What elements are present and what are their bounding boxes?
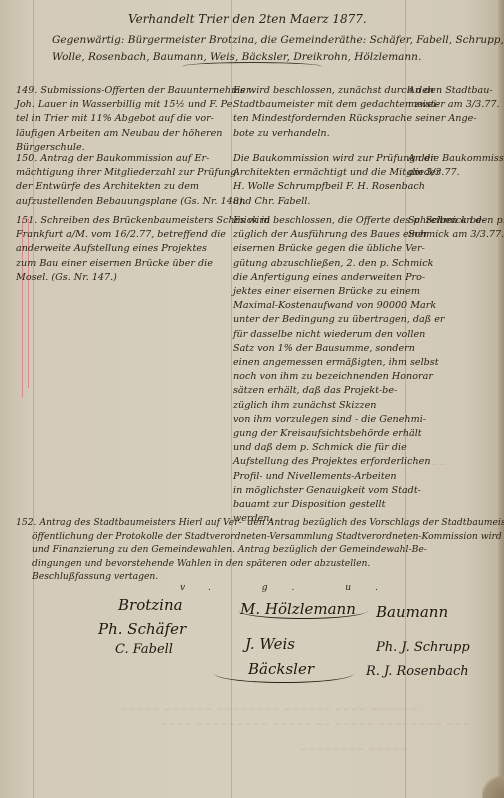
signature: Brotzina (118, 596, 183, 614)
signature: Ph. Schäfer (98, 620, 186, 638)
remark-line: meister am 3/3.77. (408, 98, 503, 112)
decision-line: züglich der Ausführung des Baues einer (233, 228, 408, 242)
remark-line: Schmick am 3/3.77. (408, 228, 503, 242)
header-flourish (182, 62, 322, 71)
remark-line: am 3/3.77. (408, 166, 503, 180)
bleed-through-text: ~~~~~ ~~~~~~~~ (300, 745, 408, 755)
entry-149-decision: Es wird beschlossen, zunächst durch den … (233, 84, 408, 141)
subject-line: tel in Trier mit 11% Abgebot auf die vor… (16, 112, 231, 126)
decision-line: Satz von 1% der Bausumme, sondern (233, 342, 408, 356)
subject-line: mächtigung ihrer Mitgliederzahl zur Prüf… (16, 166, 231, 180)
subject-line: Submissions-Offerten der Bauunternehmer (40, 85, 250, 96)
subject-line: Frankfurt a/M. vom 16/2.77, betreffend d… (16, 228, 231, 242)
decision-line: Maximal-Kostenaufwand von 90000 Mark (233, 299, 408, 313)
entry-number: 152. (16, 517, 36, 528)
decision-line: züglich ihm zunächst Skizzen (233, 399, 408, 413)
decision-line: die Anfertigung eines anderweiten Pro- (233, 271, 408, 285)
entry-number: 150. (16, 153, 37, 164)
decision-line: Es wird beschlossen, zunächst durch den (233, 84, 408, 98)
decision-line: einen angemessen ermäßigten, ihm selbst (233, 356, 408, 370)
decision-line: gütung abzuschließen, 2. den p. Schmick (233, 257, 408, 271)
subject-line: dingungen und bevorstehende Wahlen in de… (16, 557, 496, 571)
decision-line: ten Mindestfordernden Rücksprache seiner… (233, 112, 408, 126)
subject-line: öffentlichung der Protokolle der Stadtve… (32, 531, 333, 542)
subject-line: Antrag der Baukommission auf Er- (40, 153, 209, 164)
bleed-through-text: ~~~ ~~~~~~~~ ~~~~~ ~~ ~~~~~ ~~~~~~~~~ ~~… (160, 720, 470, 730)
subject-line: anderweite Aufstellung eines Projektes (16, 242, 231, 256)
remark-line: An die Baukommission (408, 152, 503, 166)
decision-line: Aufstellung des Projektes erforderlichen (233, 455, 408, 469)
attendees-list: Gegenwärtig: Bürgermeister Brotzina, die… (52, 32, 504, 66)
entry-151-subject: 151.Schreiben des Brückenbaumeisters Sch… (16, 214, 231, 285)
decision-line: Architekten ermächtigt und die Mitgliede… (233, 166, 408, 180)
signature: Ph. J. Schrupp (376, 640, 470, 655)
entry-151-decision: Es wird beschlossen, die Offerte des p. … (233, 214, 408, 526)
attendees-line: Gegenwärtig: Bürgermeister Brotzina, die… (52, 32, 504, 49)
entry-150-remark: An die Baukommission am 3/3.77. (408, 152, 503, 180)
signature: C. Fabell (115, 642, 173, 657)
decision-line: H. Wolle Schrumpfbeil F. H. Rosenbach (233, 180, 408, 194)
bleed-through-text: ~~~~~~ ~~~~ ~~~~~~ ~~~~~~~~ ~~~~~~ ~~~~~ (120, 705, 418, 715)
entry-149-subject: 149.Submissions-Offerten der Bauunterneh… (16, 84, 231, 155)
signature-flourish (214, 664, 354, 683)
entry-150-subject: 150.Antrag der Baukommission auf Er- mäc… (16, 152, 231, 209)
entry-149-remark: An den Stadtbau- meister am 3/3.77. (408, 84, 503, 112)
decision-line: jektes einer eisernen Brücke zu einem (233, 285, 408, 299)
decision-line: Stadtbaumeister mit dem gedachten zwei- (233, 98, 408, 112)
remark-line: An den Stadtbau- (408, 84, 503, 98)
entry-151-remark: Schreiben an den p. Schmick am 3/3.77. (408, 214, 503, 242)
decision-line: noch von ihm zu bezeichnenden Honorar (233, 370, 408, 384)
subject-line: läufigen Arbeiten am Neubau der höheren (16, 127, 231, 141)
decision-line: sätzen erhält, daß das Projekt-be- (233, 384, 408, 398)
entry-150-decision: Die Baukommission wird zur Prüfung der A… (233, 152, 408, 209)
subject-line: aufzustellenden Bebauungsplane (Gs. Nr. … (16, 195, 231, 209)
decision-line: Die Baukommission wird zur Prüfung der (233, 152, 408, 166)
decision-line: bote zu verhandeln. (233, 127, 408, 141)
decision-line: Es wird beschlossen, die Offerte des p. … (233, 214, 408, 228)
subject-line: der Entwürfe des Architekten zu dem (16, 180, 231, 194)
remark-line: Schreiben an den p. (408, 214, 503, 228)
decision-line: bauamt zur Disposition gestellt (233, 498, 408, 512)
decision-line: Stadtverordneten-Kommission wird angenom… (336, 531, 504, 542)
closing-formula: v. g. u. (180, 583, 402, 593)
signature: Baumann (376, 603, 448, 621)
decision-line: in möglichster Genauigkeit vom Stadt- (233, 484, 408, 498)
document-title: Verhandelt Trier den 2ten Maerz 1877. (128, 12, 367, 26)
subject-line: Mosel. (Gs. Nr. 147.) (16, 271, 231, 285)
decision-line: von ihm vorzulegen sind - die Genehmi- (233, 413, 408, 427)
decision-line: für dasselbe nicht wiederum den vollen (233, 328, 408, 342)
page-edge (498, 0, 504, 798)
decision-line: eisernen Brücke gegen die übliche Ver- (233, 242, 408, 256)
subject-line: Antrag des Stadtbaumeisters Hierl auf Ve… (39, 517, 241, 528)
signature: J. Weis (245, 635, 295, 653)
entry-number: 149. (16, 85, 37, 96)
signature-flourish (238, 602, 368, 619)
manuscript-page: ~~~~ ~~~~~~ ~~~~ ~~~~~~~~ ~~~~~~ ~~~~ ~~… (0, 0, 504, 798)
entry-number: 151. (16, 215, 37, 226)
decision-line: unter der Bedingung zu übertragen, daß e… (233, 313, 408, 327)
signature: R. J. Rosenbach (366, 664, 469, 679)
decision-line: und daß dem p. Schmick die für die (233, 441, 408, 455)
decision-line: den Antrag bezüglich des Vorschlags der … (248, 517, 504, 528)
decision-line: Profil- und Nivellements-Arbeiten (233, 470, 408, 484)
subject-line: zum Bau einer eisernen Brücke über die (16, 257, 231, 271)
subject-line: und Finanzierung zu den Gemeindewahlen. … (16, 543, 496, 557)
subject-line: Beschlußfassung vertagen. (16, 570, 496, 584)
decision-line: und Chr. Fabell. (233, 195, 408, 209)
subject-line: Joh. Lauer in Wasserbillig mit 15½ und F… (16, 98, 231, 112)
decision-line: gung der Kreisaufsichtsbehörde erhält (233, 427, 408, 441)
entry-152: 152.Antrag des Stadtbaumeisters Hierl au… (16, 516, 496, 584)
page-corner (482, 772, 504, 798)
